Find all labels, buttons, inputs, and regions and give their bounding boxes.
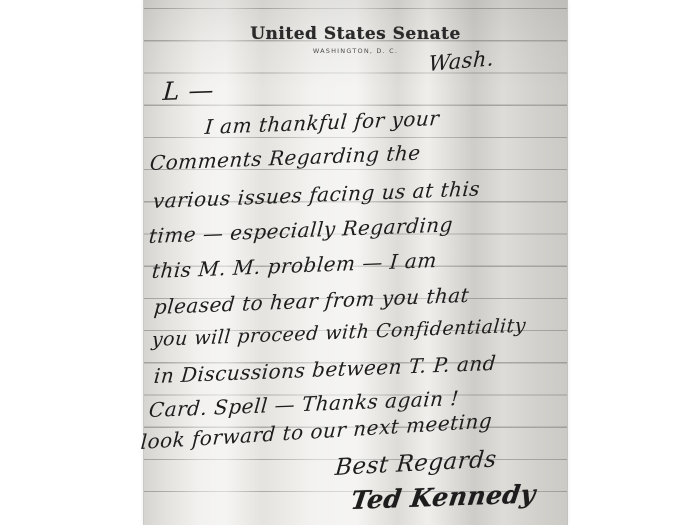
body-line: you will proceed with Confidentiality <box>151 315 527 351</box>
handwritten-location-note: Wash. <box>428 46 495 76</box>
body-line: this M. M. problem — I am <box>151 248 438 283</box>
closing: Best Regards <box>334 446 498 481</box>
body-line: time — especially Regarding <box>148 212 454 248</box>
scan-canvas: United States Senate WASHINGTON, D. C. W… <box>0 0 700 525</box>
body-line: various issues facing us at this <box>152 176 481 213</box>
letter-page: United States Senate WASHINGTON, D. C. W… <box>143 0 568 525</box>
letterhead-title: United States Senate <box>144 24 567 44</box>
letterhead: United States Senate WASHINGTON, D. C. <box>144 24 567 55</box>
body-line: Comments Regarding the <box>149 141 422 175</box>
body-line: I am thankful for your <box>204 106 440 139</box>
letterhead-subtitle: WASHINGTON, D. C. <box>144 47 567 55</box>
signature: Ted Kennedy <box>349 479 538 515</box>
salutation: L — <box>162 75 215 106</box>
body-line: in Discussions between T. P. and <box>153 351 497 388</box>
body-line: pleased to hear from you that <box>153 283 470 319</box>
